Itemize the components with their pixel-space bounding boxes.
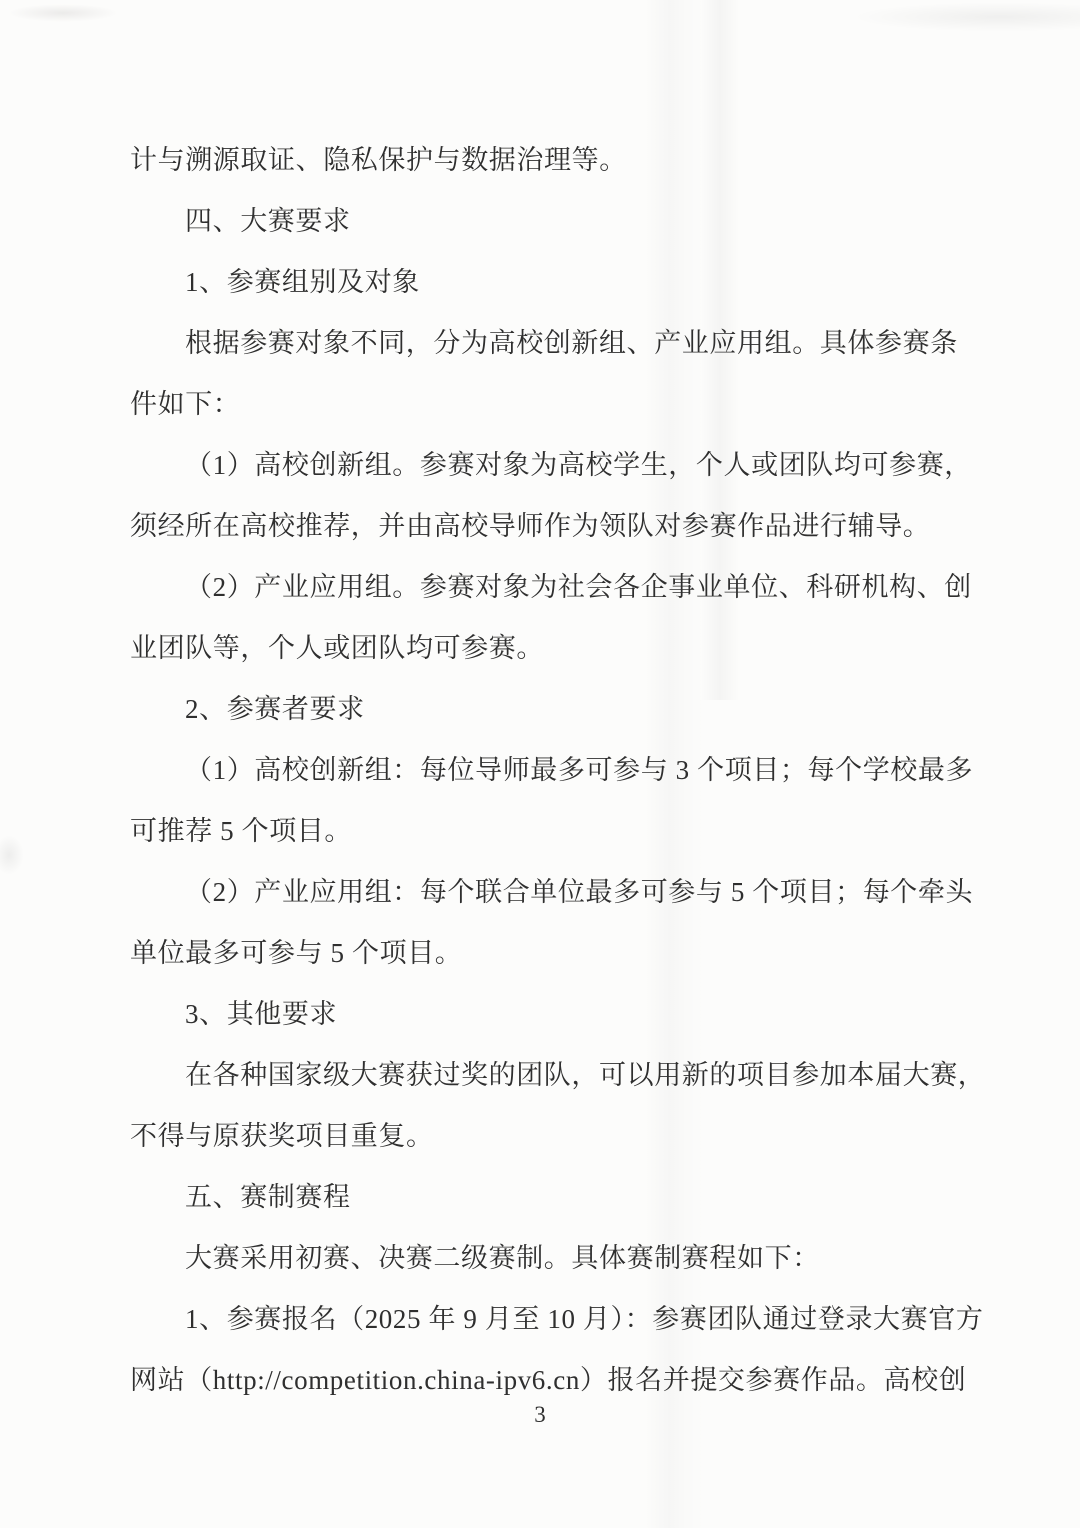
paragraph-line: （2）产业应用组：每个联合单位最多可参与 5 个项目；每个牵头 bbox=[130, 862, 956, 923]
paragraph-line: （1）高校创新组。参赛对象为高校学生，个人或团队均可参赛， bbox=[130, 435, 956, 496]
paragraph-line: 在各种国家级大赛获过奖的团队，可以用新的项目参加本届大赛， bbox=[130, 1045, 956, 1106]
paragraph-line: 单位最多可参与 5 个项目。 bbox=[130, 923, 956, 984]
paragraph-line: 件如下： bbox=[130, 374, 956, 435]
paragraph-line: 1、参赛报名（2025 年 9 月至 10 月）：参赛团队通过登录大赛官方 bbox=[130, 1289, 956, 1350]
section-5-heading: 五、赛制赛程 bbox=[130, 1167, 956, 1228]
scan-smudge bbox=[8, 4, 118, 22]
paragraph-line: 不得与原获奖项目重复。 bbox=[130, 1106, 956, 1167]
paragraph-line: 根据参赛对象不同，分为高校创新组、产业应用组。具体参赛条 bbox=[130, 313, 956, 374]
subsection-heading: 2、参赛者要求 bbox=[130, 679, 956, 740]
paragraph-line: （2）产业应用组。参赛对象为社会各企事业单位、科研机构、创 bbox=[130, 557, 956, 618]
paragraph-line: 业团队等，个人或团队均可参赛。 bbox=[130, 618, 956, 679]
page-number: 3 bbox=[0, 1400, 1080, 1430]
paragraph-line: 大赛采用初赛、决赛二级赛制。具体赛制赛程如下： bbox=[130, 1228, 956, 1289]
paragraph-line: 可推荐 5 个项目。 bbox=[130, 801, 956, 862]
subsection-heading: 3、其他要求 bbox=[130, 984, 956, 1045]
document-page: 计与溯源取证、隐私保护与数据治理等。 四、大赛要求 1、参赛组别及对象 根据参赛… bbox=[0, 0, 1080, 1528]
scan-smudge bbox=[850, 2, 1080, 32]
scan-smudge bbox=[0, 835, 24, 875]
document-body: 计与溯源取证、隐私保护与数据治理等。 四、大赛要求 1、参赛组别及对象 根据参赛… bbox=[130, 130, 956, 1411]
paragraph-line: 须经所在高校推荐，并由高校导师作为领队对参赛作品进行辅导。 bbox=[130, 496, 956, 557]
paragraph-line: 计与溯源取证、隐私保护与数据治理等。 bbox=[130, 130, 956, 191]
paragraph-line: （1）高校创新组：每位导师最多可参与 3 个项目；每个学校最多 bbox=[130, 740, 956, 801]
subsection-heading: 1、参赛组别及对象 bbox=[130, 252, 956, 313]
section-4-heading: 四、大赛要求 bbox=[130, 191, 956, 252]
